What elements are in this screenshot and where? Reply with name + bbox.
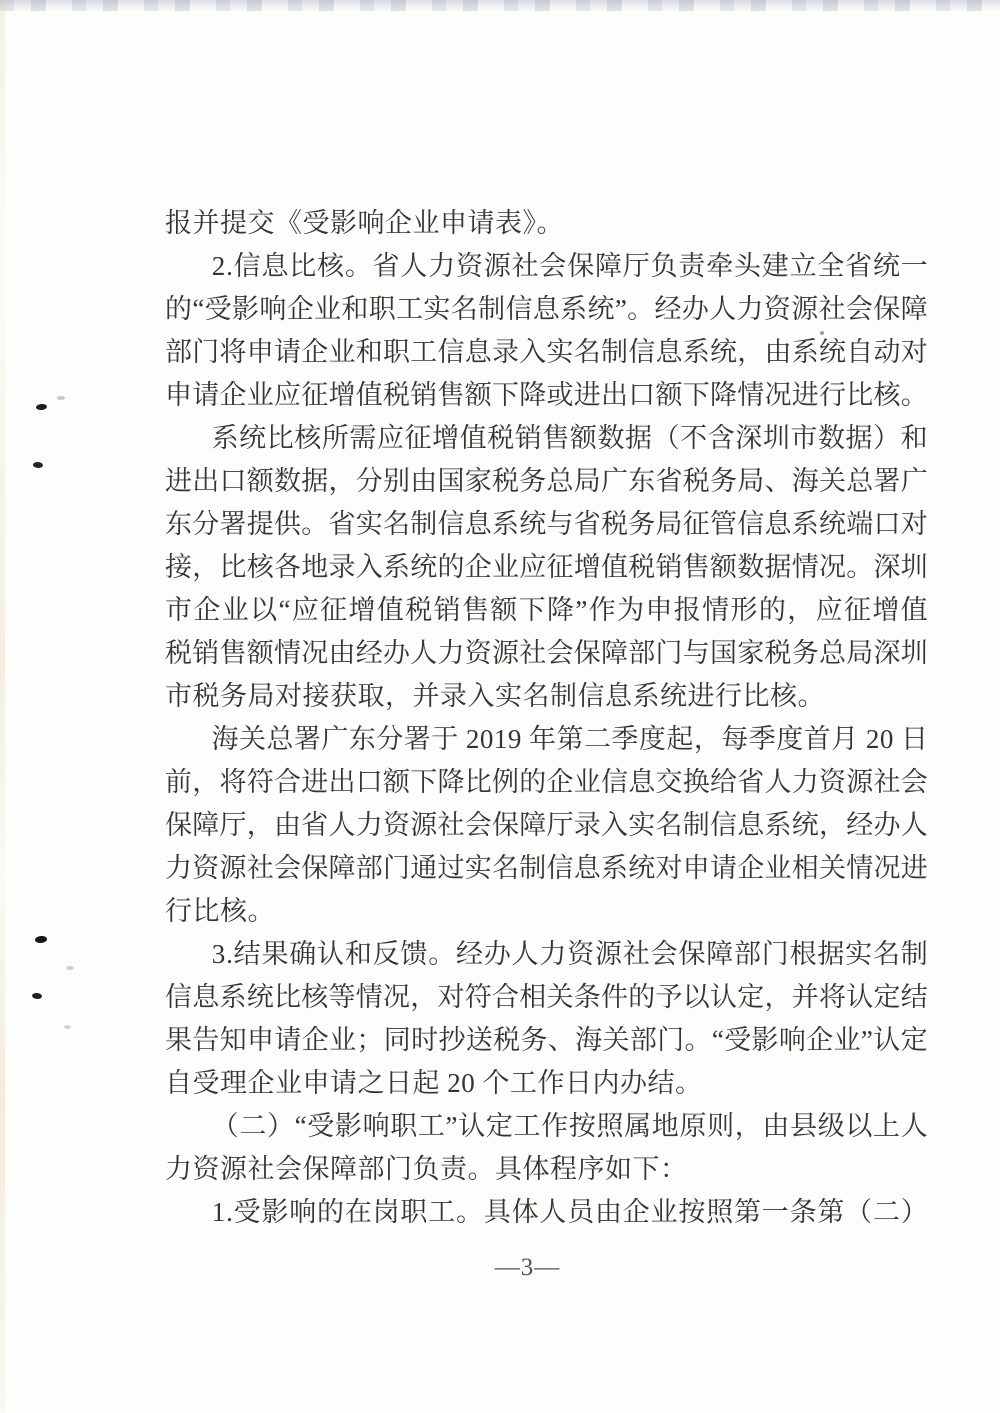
text-line: 力资源社会保障部门负责。具体程序如下： (165, 1148, 928, 1191)
dust-speck (57, 396, 65, 400)
text-line: 申请企业应征增值税销售额下降或进出口额下降情况进行比核。 (165, 374, 928, 417)
dust-speck (66, 966, 74, 970)
text-line: 海关总署广东分署于 2019 年第二季度起，每季度首月 20 日 (165, 718, 928, 761)
ink-spot (36, 403, 48, 410)
text-line: 市税务局对接获取，并录入实名制信息系统进行比核。 (165, 675, 928, 718)
text-line: 系统比核所需应征增值税销售额数据（不含深圳市数据）和 (165, 417, 928, 460)
scan-edge-streak (0, 0, 5, 1413)
text-line: 的“受影响企业和职工实名制信息系统”。经办人力资源社会保障 (165, 288, 928, 331)
text-line: （二）“受影响职工”认定工作按照属地原则，由县级以上人 (165, 1105, 928, 1148)
text-line: 2.信息比核。省人力资源社会保障厅负责牵头建立全省统一 (165, 245, 928, 288)
page-number: —3— (146, 1253, 909, 1283)
ink-spot (32, 992, 43, 999)
text-line: 进出口额数据，分别由国家税务总局广东省税务局、海关总署广 (165, 460, 928, 503)
text-line: 税销售额情况由经办人力资源社会保障部门与国家税务总局深圳 (165, 632, 928, 675)
text-line: 报并提交《受影响企业申请表》。 (165, 202, 928, 245)
document-page: 报并提交《受影响企业申请表》。2.信息比核。省人力资源社会保障厅负责牵头建立全省… (0, 0, 1000, 1413)
text-line: 1.受影响的在岗职工。具体人员由企业按照第一条第（二） (165, 1191, 928, 1234)
scan-edge-noise (0, 0, 1000, 11)
text-line: 果告知申请企业；同时抄送税务、海关部门。“受影响企业”认定 (165, 1019, 928, 1062)
ink-spot (33, 462, 43, 469)
text-line: 保障厅，由省人力资源社会保障厅录入实名制信息系统，经办人 (165, 804, 928, 847)
text-line: 信息系统比核等情况，对符合相关条件的予以认定，并将认定结 (165, 976, 928, 1019)
dust-speck (64, 1025, 71, 1029)
text-line: 市企业以“应征增值税销售额下降”作为申报情形的，应征增值 (165, 589, 928, 632)
text-line: 东分署提供。省实名制信息系统与省税务局征管信息系统端口对 (165, 503, 928, 546)
text-line: 行比核。 (165, 890, 928, 933)
text-line: 力资源社会保障部门通过实名制信息系统对申请企业相关情况进 (165, 847, 928, 890)
text-line: 自受理企业申请之日起 20 个工作日内办结。 (165, 1062, 928, 1105)
text-line: 接，比核各地录入系统的企业应征增值税销售额数据情况。深圳 (165, 546, 928, 589)
text-line: 部门将申请企业和职工信息录入实名制信息系统，由系统自动对 (165, 331, 928, 374)
document-body: 报并提交《受影响企业申请表》。2.信息比核。省人力资源社会保障厅负责牵头建立全省… (165, 202, 928, 1234)
ink-spot (35, 935, 48, 943)
text-line: 前，将符合进出口额下降比例的企业信息交换给省人力资源社会 (165, 761, 928, 804)
text-line: 3.结果确认和反馈。经办人力资源社会保障部门根据实名制 (165, 933, 928, 976)
